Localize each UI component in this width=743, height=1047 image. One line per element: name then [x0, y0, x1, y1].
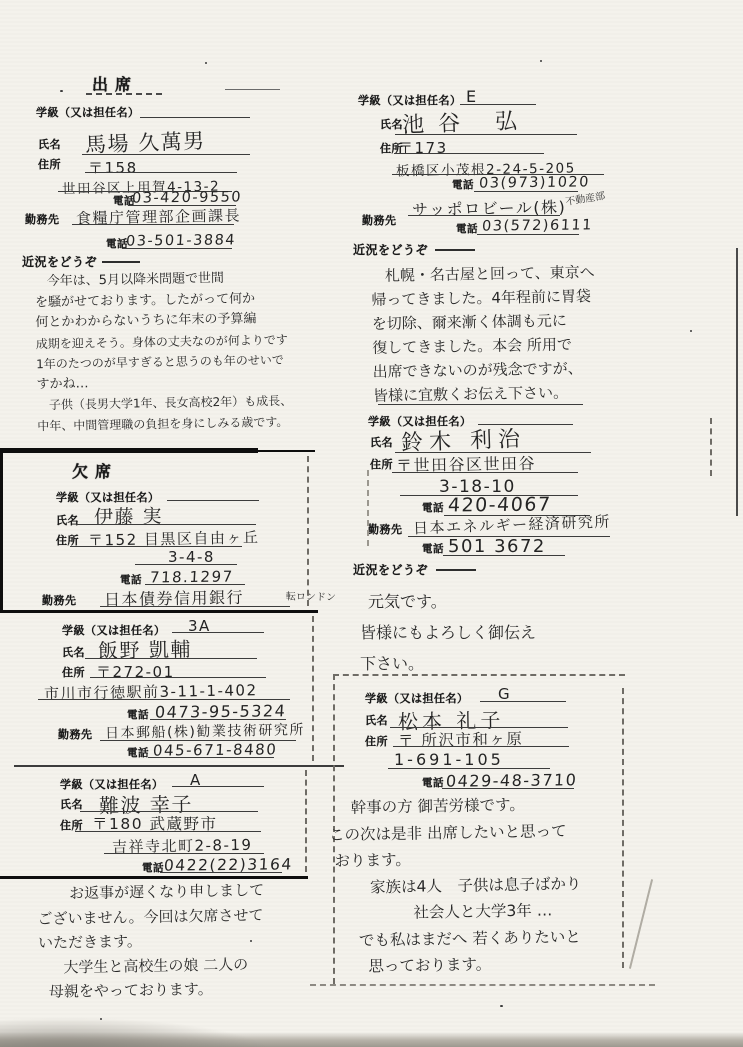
- phone-label: 電話: [127, 745, 149, 760]
- phone-label: 電話: [456, 221, 478, 236]
- field-underline: [408, 215, 560, 216]
- workplace-label: 勤務先: [368, 521, 403, 537]
- class-label: 学級（又は担任名）: [358, 92, 462, 108]
- field-underline: [38, 699, 290, 700]
- ikeya-message: 札幌・名古屋と回って、東京へ 帰ってきました。4年程前に胃袋 を切除、爾来漸く体…: [371, 260, 597, 408]
- field-underline: [172, 786, 264, 787]
- name-label: 氏名: [38, 136, 61, 152]
- address-label: 住所: [365, 733, 388, 749]
- news-dash: [435, 249, 475, 251]
- postal-value: 〒173: [398, 137, 448, 158]
- scan-line: [736, 248, 738, 516]
- section-divider: [0, 448, 258, 453]
- box-edge-dashed: [310, 984, 655, 986]
- field-underline: [76, 524, 256, 525]
- phone-label: 電話: [127, 707, 149, 722]
- message-line: 社会人と大学3年 …: [330, 897, 582, 928]
- work-phone-value: 501 3672: [448, 536, 546, 557]
- workplace-value: サッポロビール(株): [412, 195, 567, 221]
- phone-label: 電話: [452, 177, 474, 192]
- workplace-label: 勤務先: [42, 592, 77, 608]
- field-underline: [85, 172, 237, 173]
- field-underline: [140, 117, 250, 118]
- phone-value: 03(973)1020: [478, 174, 590, 191]
- workplace-label: 勤務先: [25, 211, 60, 227]
- field-underline: [160, 872, 282, 873]
- field-underline: [90, 677, 266, 678]
- field-underline: [442, 788, 574, 789]
- name-value: 伊藤 実: [94, 501, 164, 529]
- news-label: 近況をどうぞ: [353, 241, 428, 258]
- field-underline: [135, 564, 237, 565]
- heading-underline: [86, 93, 162, 95]
- field-underline: [75, 831, 261, 832]
- speck: [540, 60, 542, 62]
- message-line: 元気です。: [360, 586, 536, 617]
- address-label: 住所: [38, 156, 61, 172]
- field-underline: [148, 757, 274, 758]
- scan-dashes: [710, 418, 712, 476]
- field-underline: [85, 658, 257, 659]
- class-label: 学級（又は担任名）: [36, 104, 140, 120]
- message-line: 大学生と高校生の娘 二人の: [38, 952, 265, 980]
- postal-value: 〒272-01: [96, 661, 175, 682]
- work-phone-value: 03(572)6111: [481, 217, 593, 234]
- field-underline: [477, 234, 579, 235]
- message-line: ございません。今回は欠席させて: [37, 903, 264, 931]
- scan-dashes: [367, 470, 369, 546]
- work-phone-value: 03-501-3884: [125, 232, 236, 249]
- address2-value: 1-691-105: [394, 750, 504, 769]
- scan-scratch: [629, 879, 653, 969]
- phone-label: 電話: [422, 500, 444, 515]
- scanned-reunion-reply-sheet: 出席 学級（又は担任名） 氏名 馬場 久萬男 住所 〒158 世田谷区上用賀4-…: [0, 0, 743, 1047]
- field-underline: [393, 746, 569, 747]
- workplace-note: 転ロンドン: [286, 588, 336, 604]
- news-dash: [102, 261, 140, 263]
- field-underline: [100, 606, 290, 607]
- speck: [60, 90, 63, 92]
- stray-line: [225, 89, 280, 90]
- box-edge-dashed: [333, 674, 625, 676]
- workplace-label: 勤務先: [362, 212, 397, 228]
- postal-address-value: 〒 所沢市和ヶ原: [398, 727, 524, 751]
- absence-heading: 欠席: [72, 459, 118, 482]
- box-edge-dashed: [312, 616, 314, 761]
- form-divider: [0, 610, 318, 613]
- phone-label: 電話: [422, 541, 444, 556]
- field-underline: [443, 555, 565, 556]
- address-label: 住所: [62, 664, 85, 680]
- name-label: 氏名: [370, 434, 393, 450]
- news-dash: [436, 569, 476, 571]
- matsumoto-message: 幹事の方 御苦労様です。 この次は是非 出席したいと思って おります。 家族は4…: [328, 791, 583, 981]
- field-underline: [122, 248, 232, 249]
- field-underline: [480, 701, 566, 702]
- suzuki-message: 元気です。 皆様にもよろしく御伝え 下さい。: [360, 586, 536, 679]
- field-underline: [104, 853, 264, 854]
- class-label: 学級（又は担任名）: [365, 690, 469, 706]
- box-edge-dashed: [305, 770, 307, 872]
- workplace-label: 勤務先: [58, 726, 93, 742]
- field-underline: [395, 134, 577, 135]
- field-underline: [70, 546, 242, 547]
- speck: [250, 940, 252, 942]
- message-line: この次は是非 出席したいと思って: [329, 817, 581, 848]
- message-line: 思っております。: [331, 950, 583, 981]
- name-label: 氏名: [56, 512, 79, 528]
- name-value: 飯野 凱輔: [98, 633, 192, 664]
- name-label: 氏名: [62, 644, 85, 660]
- attendance-heading: 出席: [92, 72, 138, 95]
- form-divider: [14, 765, 344, 767]
- message-line: でも私はまだへ 若くありたいと: [331, 923, 583, 954]
- speck: [690, 330, 692, 332]
- field-underline: [474, 191, 578, 192]
- name-label: 氏名: [380, 116, 403, 132]
- name-label: 氏名: [60, 796, 83, 812]
- field-underline: [392, 472, 578, 473]
- speck: [205, 62, 207, 64]
- message-line: お返事が遅くなり申しまして: [37, 878, 264, 906]
- news-label: 近況をどうぞ: [353, 561, 428, 578]
- message-underline: [378, 404, 583, 405]
- address2-value: 市川市行徳駅前3-11-1-402: [44, 679, 258, 704]
- box-edge-dashed: [622, 688, 624, 968]
- box-edge-dashed: [307, 456, 309, 606]
- message-line: 皆様にもよろしく御伝え: [360, 617, 536, 648]
- phone-label: 電話: [422, 775, 444, 790]
- field-underline: [72, 224, 234, 225]
- news-label: 近況をどうぞ: [22, 253, 97, 270]
- field-underline: [167, 500, 259, 501]
- postal-value: 〒158: [88, 157, 138, 178]
- phone-label: 電話: [120, 572, 142, 587]
- scan-edge-bar: [0, 452, 3, 612]
- section-divider: [255, 450, 315, 452]
- name-label: 氏名: [365, 712, 388, 728]
- message-line: 中年、中間管理職の負担を身にしみる歳です。: [37, 411, 293, 436]
- field-underline: [394, 153, 544, 154]
- address-label: 住所: [370, 456, 393, 472]
- message-line: 母親をやっております。: [39, 976, 266, 1004]
- speck: [500, 1005, 503, 1007]
- field-underline: [388, 768, 550, 769]
- field-underline: [82, 154, 250, 155]
- namba-message: お返事が遅くなり申しまして ございません。今回は欠席させて いただきます。 大学…: [37, 878, 266, 1004]
- baba-message: 今年は、5月以降米問題で世間 を騒がせております。したがって何か 何とかわからな…: [35, 268, 293, 436]
- scan-bottom-blob: [0, 1017, 275, 1047]
